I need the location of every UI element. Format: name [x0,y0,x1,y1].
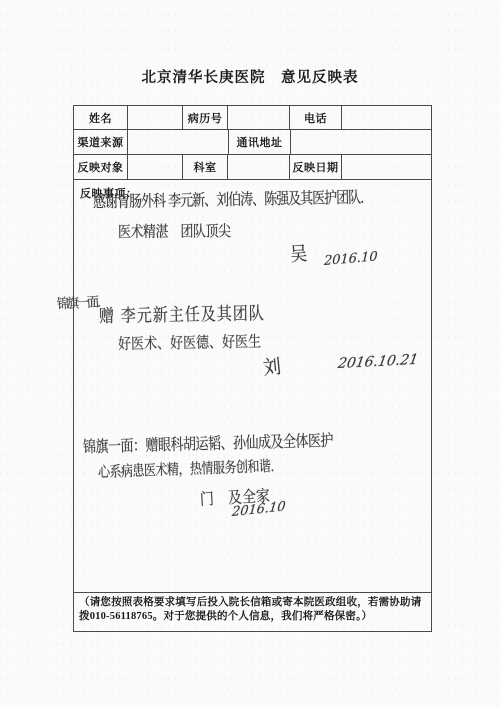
source-label-cell: 渠道来源 [74,130,128,154]
source-label: 渠道来源 [78,134,124,150]
address-label: 通讯地址 [237,134,283,150]
footer-note: （请您按照表格要求填写后投入院长信箱或寄本院医政组收，若需协助请拨010-561… [74,593,431,631]
page-title: 北京清华长庚医院 意见反映表 [0,66,500,87]
matters-section: 反映事项： [74,180,431,593]
name-label-cell: 姓名 [74,106,128,129]
address-value-cell [291,130,431,154]
department-label: 科室 [194,159,217,175]
date-label: 反映日期 [293,159,339,175]
address-label-cell: 通讯地址 [229,130,291,154]
source-value-cell [128,130,229,154]
table-row-contact: 渠道来源 通讯地址 [74,130,431,155]
name-value-cell [128,106,183,129]
matters-label: 反映事项： [80,188,138,200]
date-label-cell: 反映日期 [290,155,342,179]
record-no-label: 病历号 [188,110,223,126]
phone-value-cell [342,106,431,129]
subject-label: 反映对象 [78,159,124,175]
department-value-cell [228,155,290,179]
record-no-label-cell: 病历号 [183,106,228,129]
phone-label-cell: 电话 [290,106,342,129]
subject-value-cell [128,155,183,179]
department-label-cell: 科室 [183,155,228,179]
subject-label-cell: 反映对象 [74,155,128,179]
scanned-feedback-form-page: 北京清华长庚医院 意见反映表 姓名 病历号 电话 渠道来源 通讯地址 [0,0,500,707]
phone-label: 电话 [304,110,327,126]
table-row-subject: 反映对象 科室 反映日期 [74,155,431,180]
feedback-form-table: 姓名 病历号 电话 渠道来源 通讯地址 反映对象 [73,105,432,632]
record-no-value-cell [228,106,290,129]
date-value-cell [342,155,431,179]
name-label: 姓名 [89,110,112,126]
table-row-identity: 姓名 病历号 电话 [74,106,431,130]
